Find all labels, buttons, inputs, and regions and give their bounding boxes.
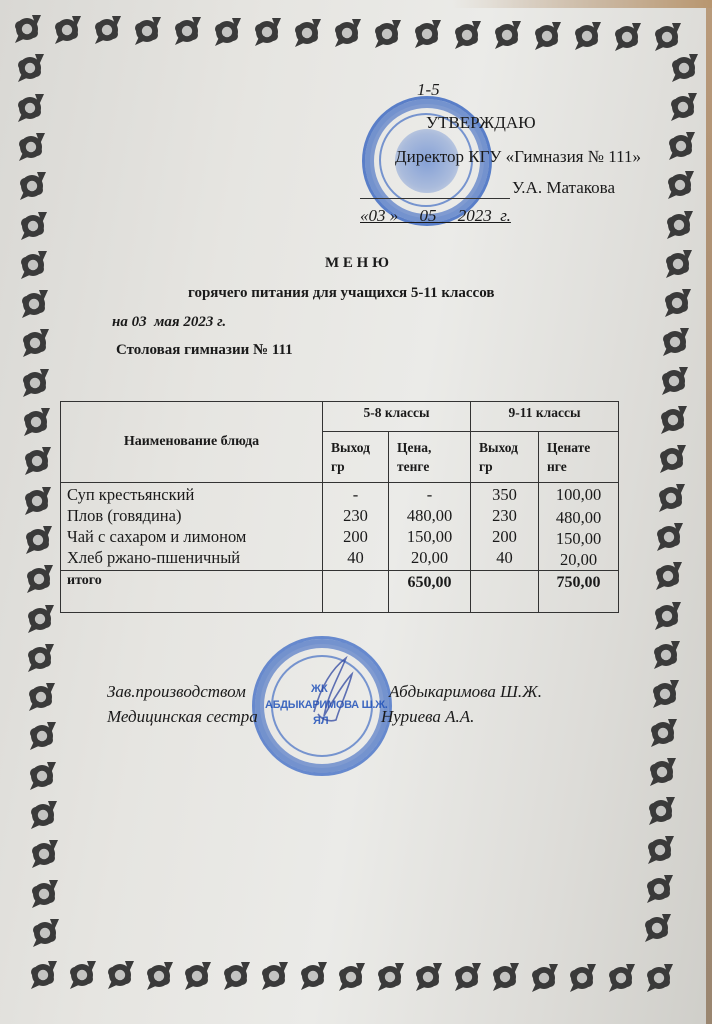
flower-ornament-icon xyxy=(23,525,53,555)
flower-ornament-icon xyxy=(332,18,362,48)
signature-role-nurse: Медицинская сестра xyxy=(107,707,258,727)
flower-ornament-icon xyxy=(212,17,242,47)
flower-ornament-icon xyxy=(132,16,162,46)
flower-ornament-icon xyxy=(336,962,366,992)
flower-ornament-icon xyxy=(658,405,688,435)
flower-ornament-icon xyxy=(24,564,54,594)
flower-ornament-icon xyxy=(413,962,443,992)
flower-ornament-icon xyxy=(452,20,482,50)
flower-ornament-icon xyxy=(452,962,482,992)
flower-ornament-icon xyxy=(412,19,442,49)
flower-ornament-icon xyxy=(27,761,57,791)
approval-position: Директор КГУ «Гимназия № 111» xyxy=(395,147,641,167)
flower-ornament-icon xyxy=(67,960,97,990)
menu-subtitle: горячего питания для учащихся 5-11 класс… xyxy=(188,285,494,302)
menu-table: Наименование блюда 5-8 классы 9-11 класс… xyxy=(60,401,619,613)
header-group-5-8: 5-8 классы xyxy=(323,402,471,432)
flower-ornament-icon xyxy=(372,19,402,49)
flower-ornament-icon xyxy=(28,960,58,990)
flower-ornament-icon xyxy=(18,250,48,280)
flower-ornament-icon xyxy=(28,800,58,830)
flower-ornament-icon xyxy=(12,14,42,44)
total-g1-yield-empty xyxy=(323,571,389,613)
flower-ornament-icon xyxy=(172,16,202,46)
flower-ornament-icon xyxy=(15,93,45,123)
page-edge-shadow xyxy=(706,0,712,1024)
flower-ornament-icon xyxy=(648,718,678,748)
flower-ornament-icon xyxy=(659,366,689,396)
header-g1-yield: Выходгр xyxy=(323,432,389,483)
dish-name: Чай с сахаром и лимоном xyxy=(67,526,322,547)
flower-ornament-icon xyxy=(642,913,672,943)
header-g2-yield: Выходгр xyxy=(471,432,539,483)
flower-ornament-icon xyxy=(22,486,52,516)
flower-ornament-icon xyxy=(25,604,55,634)
flower-ornament-icon xyxy=(19,289,49,319)
flower-ornament-icon xyxy=(21,407,51,437)
flower-ornament-icon xyxy=(144,961,174,991)
header-group-9-11: 9-11 классы xyxy=(471,402,619,432)
flower-ornament-icon xyxy=(567,963,597,993)
flower-ornament-icon xyxy=(259,961,289,991)
flower-ornament-icon xyxy=(492,20,522,50)
header-g2-price: Ценатенге xyxy=(539,432,619,483)
signature-name-nurse: Нуриева А.А. xyxy=(381,707,474,727)
g2-price-cell: 100,00 480,00 150,00 20,00 xyxy=(539,483,619,571)
header-g1-price: Цена,тенге xyxy=(389,432,471,483)
dish-name: Плов (говядина) xyxy=(67,505,322,526)
flower-ornament-icon xyxy=(20,328,50,358)
flower-ornament-icon xyxy=(572,21,602,51)
dish-name: Хлеб ржано-пшеничный xyxy=(67,547,322,568)
flower-ornament-icon xyxy=(660,327,690,357)
flower-ornament-icon xyxy=(52,15,82,45)
flower-ornament-icon xyxy=(490,962,520,992)
g1-yield-cell: - 230 200 40 xyxy=(323,483,389,571)
flower-ornament-icon xyxy=(15,53,45,83)
flower-ornament-icon xyxy=(644,874,674,904)
dish-name: Суп крестьянский xyxy=(67,484,322,505)
flower-ornament-icon xyxy=(105,960,135,990)
flower-ornament-icon xyxy=(252,17,282,47)
flower-ornament-icon xyxy=(26,682,56,712)
table-body-row: Суп крестьянский Плов (говядина) Чай с с… xyxy=(61,483,619,571)
flower-ornament-icon xyxy=(22,446,52,476)
total-g2-yield-empty xyxy=(471,571,539,613)
flower-ornament-icon xyxy=(656,483,686,513)
menu-date: на 03 мая 2023 г. xyxy=(112,314,226,331)
flower-ornament-icon xyxy=(30,918,60,948)
signature-role-chef: Зав.производством xyxy=(107,682,246,702)
flower-ornament-icon xyxy=(20,368,50,398)
flower-ornament-icon xyxy=(532,21,562,51)
approval-date: «03 » 05 2023 г. xyxy=(360,206,511,226)
flower-ornament-icon xyxy=(16,132,46,162)
flower-ornament-icon xyxy=(662,288,692,318)
flower-ornament-icon xyxy=(665,170,695,200)
total-row: итого 650,00 750,00 xyxy=(61,571,619,613)
flower-ornament-icon xyxy=(666,131,696,161)
flower-ornament-icon xyxy=(29,839,59,869)
signature-name-chef: Абдыкаримова Ш.Ж. xyxy=(389,682,542,702)
flower-ornament-icon xyxy=(664,210,694,240)
canteen-name: Столовая гимназии № 111 xyxy=(116,342,293,359)
flower-ornament-icon xyxy=(29,879,59,909)
flower-ornament-icon xyxy=(606,963,636,993)
flower-ornament-icon xyxy=(92,15,122,45)
flower-ornament-icon xyxy=(612,22,642,52)
flower-ornament-icon xyxy=(647,757,677,787)
flower-ornament-icon xyxy=(644,963,674,993)
flower-ornament-icon xyxy=(298,961,328,991)
flower-ornament-icon xyxy=(646,796,676,826)
g1-price-cell: - 480,00 150,00 20,00 xyxy=(389,483,471,571)
flower-ornament-icon xyxy=(529,963,559,993)
flower-ornament-icon xyxy=(652,22,682,52)
flower-ornament-icon xyxy=(375,962,405,992)
flower-ornament-icon xyxy=(292,18,322,48)
flower-ornament-icon xyxy=(650,679,680,709)
total-g1-price: 650,00 xyxy=(389,571,471,613)
flower-ornament-icon xyxy=(221,961,251,991)
flower-ornament-icon xyxy=(663,249,693,279)
menu-title: М Е Н Ю xyxy=(325,255,389,272)
signature-underline xyxy=(360,198,510,199)
total-label: итого xyxy=(61,571,323,613)
handwritten-signature xyxy=(300,650,370,730)
flower-ornament-icon xyxy=(645,835,675,865)
flower-ornament-icon xyxy=(654,522,684,552)
flower-ornament-icon xyxy=(653,561,683,591)
flower-ornament-icon xyxy=(25,643,55,673)
flower-ornament-icon xyxy=(657,444,687,474)
flower-ornament-icon xyxy=(18,211,48,241)
total-g2-price: 750,00 xyxy=(539,571,619,613)
flower-ornament-icon xyxy=(652,601,682,631)
page-top-edge xyxy=(452,0,712,8)
flower-ornament-icon xyxy=(668,92,698,122)
g2-yield-cell: 350 230 200 40 xyxy=(471,483,539,571)
flower-ornament-icon xyxy=(182,961,212,991)
header-dish-name: Наименование блюда xyxy=(61,402,323,483)
flower-ornament-icon xyxy=(17,171,47,201)
dish-names-cell: Суп крестьянский Плов (говядина) Чай с с… xyxy=(61,483,323,571)
flower-ornament-icon xyxy=(27,721,57,751)
flower-ornament-icon xyxy=(669,53,699,83)
flower-ornament-icon xyxy=(651,640,681,670)
approval-name: У.А. Матакова xyxy=(360,178,615,198)
approval-title: УТВЕРЖДАЮ xyxy=(426,113,536,133)
